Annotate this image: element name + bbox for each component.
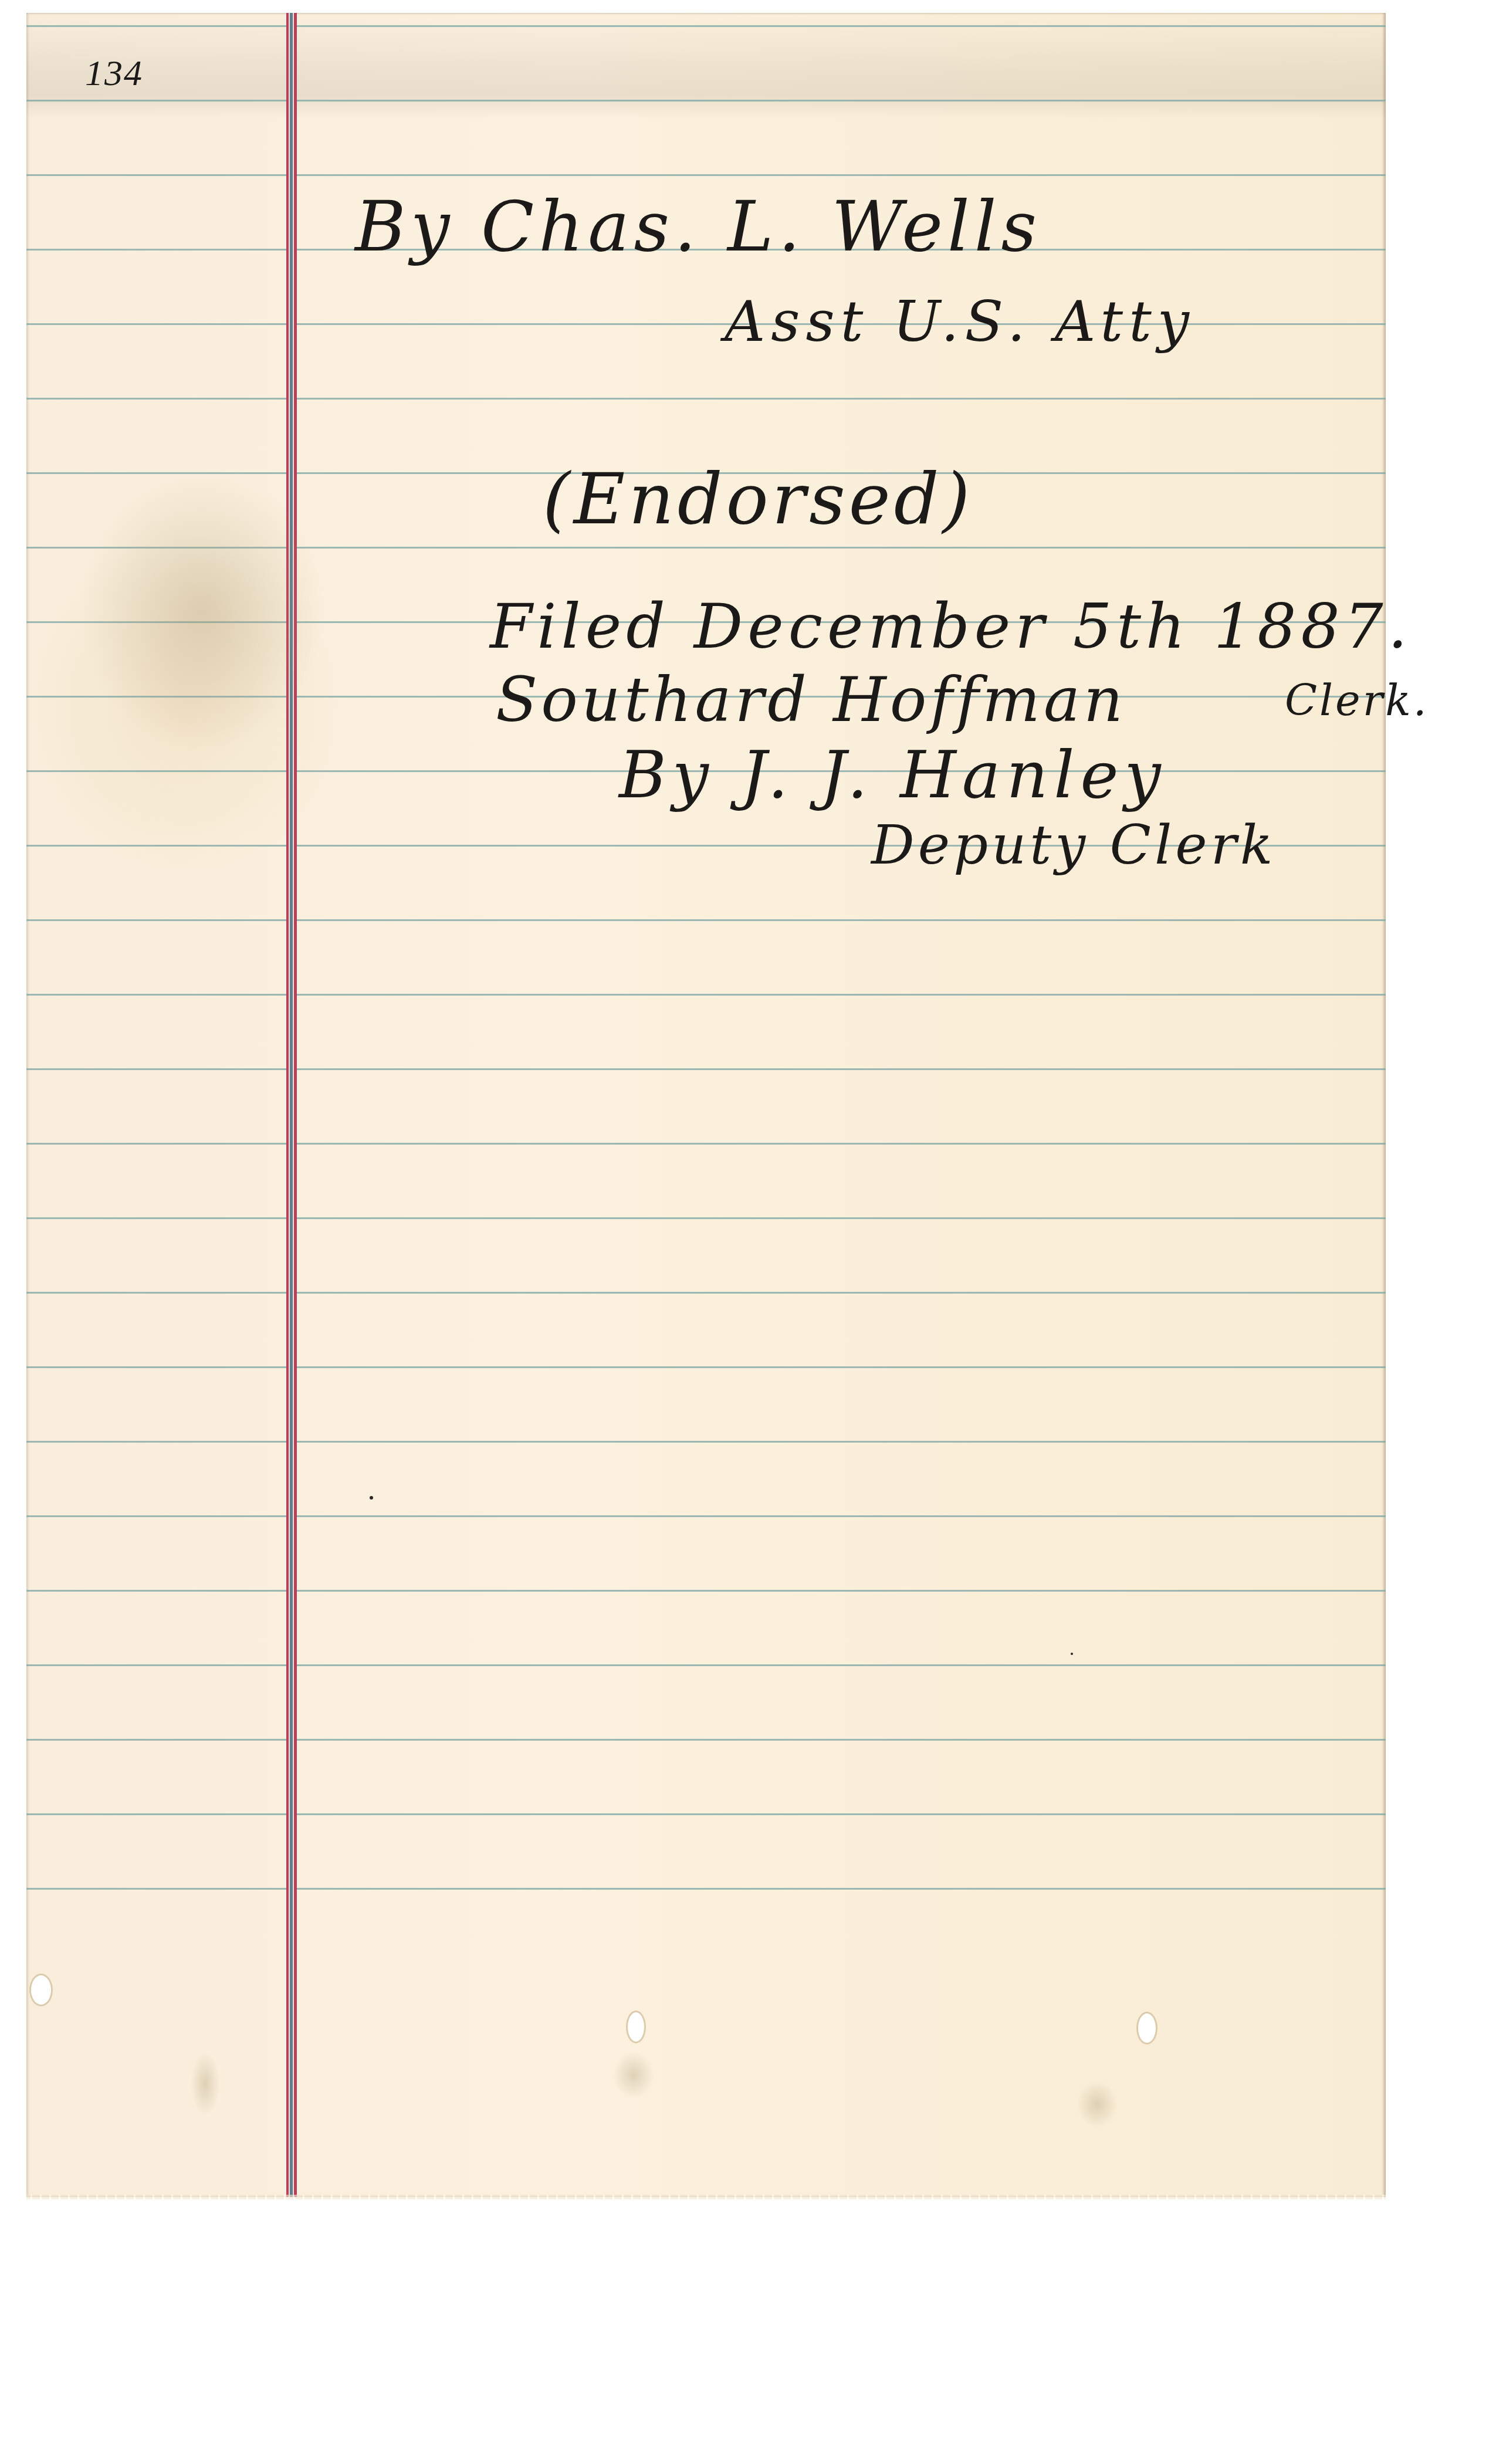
ink-speck bbox=[1071, 1653, 1073, 1655]
punch-hole-left bbox=[31, 1975, 51, 2005]
filed-date-line: Filed December 5th 1887. bbox=[490, 591, 1412, 662]
endorsement-heading: (Endorsed) bbox=[543, 459, 973, 540]
page-number: 134 bbox=[85, 53, 143, 94]
margin-rule bbox=[286, 13, 297, 2197]
ink-speck bbox=[370, 1496, 373, 1500]
signer-title: Asst U.S. Atty bbox=[725, 289, 1195, 354]
stain-seal-impression bbox=[79, 471, 326, 752]
clerk-name: Southard Hoffman bbox=[496, 664, 1126, 736]
tear-mark-right bbox=[1077, 2081, 1118, 2128]
ruled-paper-sheet: 134 By Chas. L. Wells Asst U.S. Atty (En… bbox=[26, 13, 1386, 2197]
punch-hole-bottom-right bbox=[1138, 2013, 1156, 2043]
deputy-signature: By J. J. Hanley bbox=[619, 737, 1167, 813]
tear-mark-left bbox=[191, 2052, 220, 2116]
deputy-role: Deputy Clerk bbox=[871, 814, 1277, 876]
tear-mark-center bbox=[613, 2052, 654, 2099]
clerk-role: Clerk. bbox=[1285, 676, 1429, 725]
signer-line: By Chas. L. Wells bbox=[355, 186, 1041, 267]
punch-hole-bottom-center bbox=[628, 2012, 644, 2042]
